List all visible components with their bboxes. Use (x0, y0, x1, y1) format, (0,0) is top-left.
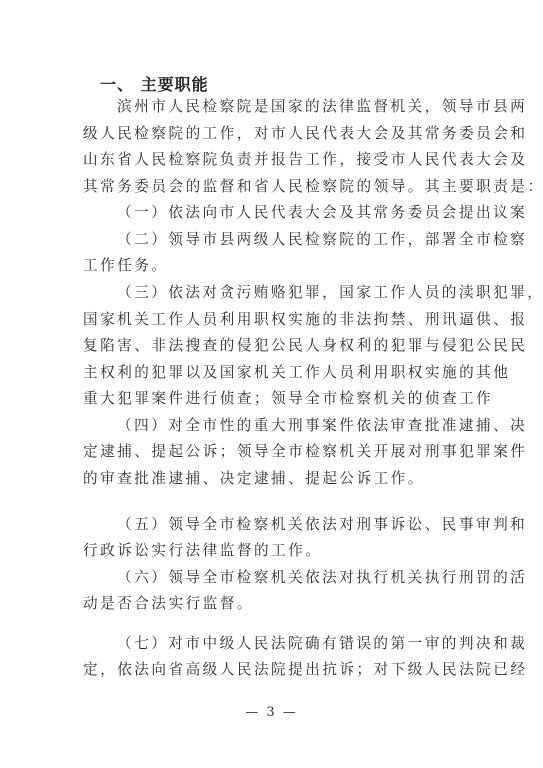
text-line: 其常务委员会的监督和省人民检察院的领导。其主要职责是： (83, 177, 461, 197)
text-line: 级人民检察院的工作，对市人民代表大会及其常务委员会和 (83, 124, 461, 144)
text-line: 山东省人民检察院负责并报告工作，接受市人民代表大会及 (83, 150, 461, 170)
text-line: （二）领导市县两级人民检察院的工作，部署全市检察 (117, 230, 461, 250)
text-line: 行政诉讼实行法律监督的工作。 (83, 541, 461, 561)
text-line: 定逮捕、提起公诉；领导全市检察机关开展对刑事犯罪案件 (83, 442, 461, 462)
text-line: （三）依法对贪污贿赂犯罪，国家工作人员的渎职犯罪， (117, 283, 461, 303)
text-line: （六）领导全市检察机关依法对执行机关执行刑罚的活 (117, 568, 461, 588)
text-line: 国家机关工作人员利用职权实施的非法拘禁、刑讯逼供、报 (83, 310, 461, 330)
text-line: 复陷害、非法搜查的侵犯公民人身权利的犯罪与侵犯公民民 (83, 336, 461, 356)
text-line: 主权利的犯罪以及国家机关工作人员利用职权实施的其他 (83, 363, 461, 383)
page-number: — 3 — (0, 705, 543, 720)
text-line: （一）依法向市人民代表大会及其常务委员会提出议案 (117, 203, 461, 223)
text-line: 动是否合法实行监督。 (83, 594, 461, 614)
text-line: （七）对市中级人民法院确有错误的第一审的判决和裁 (117, 634, 461, 654)
text-line: 重大犯罪案件进行侦查；领导全市检察机关的侦查工作 (83, 389, 461, 409)
document-page: 一、 主要职能 滨州市人民检察院是国家的法律监督机关，领导市县两 级人民检察院的… (0, 0, 543, 768)
section-heading: 一、 主要职能 (100, 72, 209, 95)
text-line: （四）对全市性的重大刑事案件依法审查批准逮捕、决 (117, 416, 461, 436)
text-line: （五）领导全市检察机关依法对刑事诉讼、民事审判和 (117, 515, 461, 535)
text-line: 滨州市人民检察院是国家的法律监督机关，领导市县两 (117, 97, 461, 117)
text-line: 的审查批准逮捕、决定逮捕、提起公诉工作。 (83, 469, 461, 489)
text-line: 工作任务。 (83, 256, 461, 276)
text-line: 定，依法向省高级人民法院提出抗诉；对下级人民法院已经 (83, 660, 461, 680)
